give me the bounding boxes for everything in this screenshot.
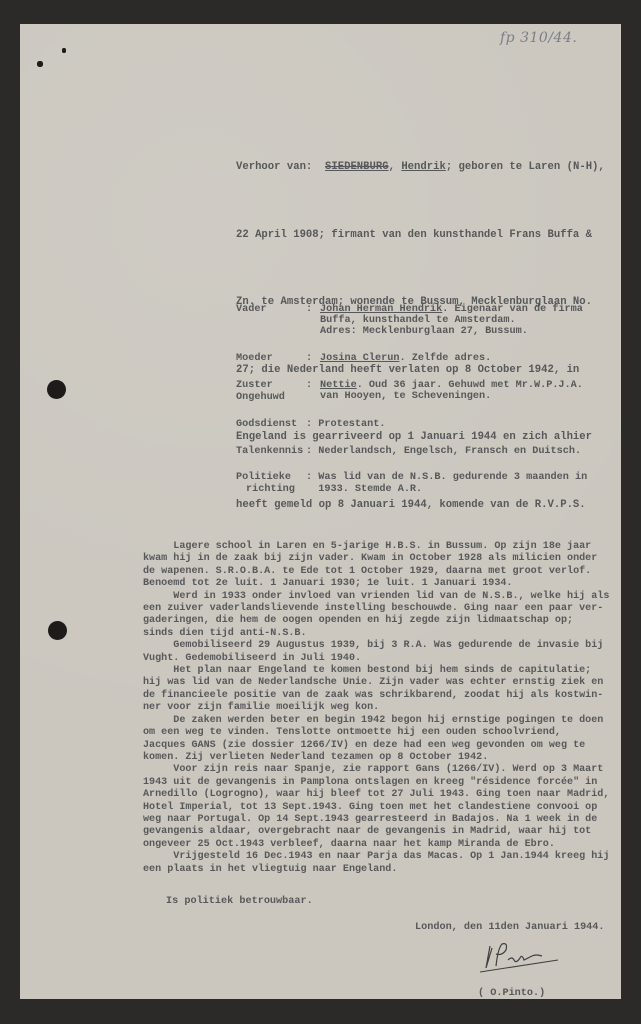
- signer-name: ( O.Pinto.): [478, 988, 545, 999]
- mother-row: Moeder : Josina Clerun. Zelfde adres.: [236, 353, 616, 364]
- signature-icon: [478, 938, 578, 978]
- surname: SIEDENBURG: [325, 161, 389, 173]
- first-name: Hendrik: [401, 161, 446, 173]
- marital-status: Ongehuwd: [236, 392, 285, 403]
- archive-reference: fp 310/44.: [500, 30, 577, 46]
- religion-row: Godsdienst: Protestant.: [236, 419, 385, 430]
- place-date: London, den 11den Januari 1944.: [415, 922, 605, 933]
- conclusion: Is politiek betrouwbaar.: [166, 896, 313, 907]
- sister-row: Zuster : Nettie. Oud 36 jaar. Gehuwd met…: [236, 380, 616, 402]
- report-body: Lagere school in Laren en 5-jarige H.B.S…: [143, 541, 618, 876]
- sister-name: Nettie: [320, 380, 357, 391]
- ink-speck: [37, 61, 43, 67]
- languages-row: Talenkennis: Nederlandsch, Engelsch, Fra…: [236, 446, 581, 457]
- family-section: Vader : Johan Herman Hendrik. Eigenaar v…: [236, 304, 616, 418]
- father-name: Johan Herman Hendrik: [320, 304, 442, 315]
- header-line-2: 22 April 1908; firmant van den kunsthand…: [236, 224, 616, 247]
- mother-name: Josina Clerun: [320, 353, 399, 364]
- father-row: Vader : Johan Herman Hendrik. Eigenaar v…: [236, 304, 616, 337]
- header-line-6: heeft gemeld op 8 Januari 1944, komende …: [236, 494, 616, 517]
- punch-hole-top: [47, 380, 66, 399]
- header-line-1: Verhoor van: SIEDENBURG, Hendrik; gebore…: [236, 156, 616, 179]
- ink-speck: [62, 48, 66, 53]
- punch-hole-bottom: [48, 621, 67, 640]
- politics-row: Politieke: Was lid van de N.S.B. geduren…: [236, 472, 587, 496]
